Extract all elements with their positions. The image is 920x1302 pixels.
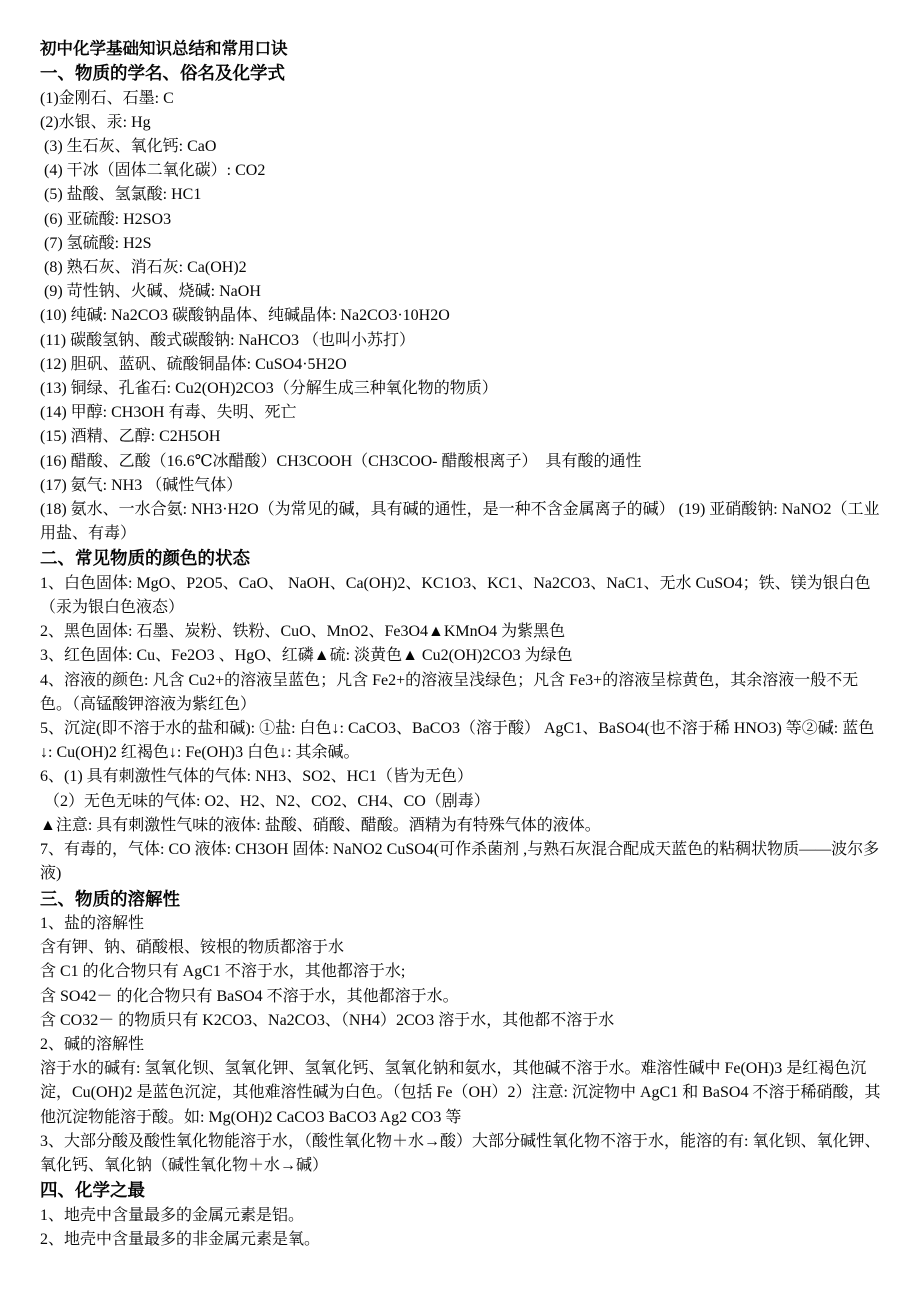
paragraph: 1、盐的溶解性 (40, 912, 886, 936)
paragraph: (18) 氨水、一水合氨: NH3·H2O（为常见的碱，具有碱的通性，是一种不含… (40, 498, 886, 546)
paragraph: 含 SO42－ 的化合物只有 BaSO4 不溶于水，其他都溶于水。 (40, 985, 886, 1009)
paragraph: ▲注意: 具有刺激性气味的液体: 盐酸、硝酸、醋酸。酒精为有特殊气体的液体。 (40, 814, 886, 838)
paragraph: (8) 熟石灰、消石灰: Ca(OH)2 (40, 256, 886, 280)
paragraph: 3、红色固体: Cu、Fe2O3 、HgO、红磷▲硫: 淡黄色▲ Cu2(OH)… (40, 644, 886, 668)
paragraph: (4) 干冰（固体二氧化碳）: CO2 (40, 159, 886, 183)
paragraph: 2、碱的溶解性 (40, 1033, 886, 1057)
document-page: 初中化学基础知识总结和常用口诀一、物质的学名、俗名及化学式(1)金刚石、石墨: … (0, 0, 920, 1302)
paragraph: 溶于水的碱有: 氢氧化钡、氢氧化钾、氢氧化钙、氢氧化钠和氨水，其他碱不溶于水。难… (40, 1057, 886, 1130)
paragraph: (13) 铜绿、孔雀石: Cu2(OH)2CO3（分解生成三种氧化物的物质） (40, 377, 886, 401)
paragraph: (1)金刚石、石墨: C (40, 87, 886, 111)
paragraph: (6) 亚硫酸: H2SO3 (40, 208, 886, 232)
paragraph: 2、黑色固体: 石墨、炭粉、铁粉、CuO、MnO2、Fe3O4▲KMnO4 为紫… (40, 620, 886, 644)
paragraph: (17) 氨气: NH3 （碱性气体） (40, 474, 886, 498)
paragraph: 2、地壳中含量最多的非金属元素是氧。 (40, 1228, 886, 1252)
paragraph: 1、白色固体: MgO、P2O5、CaO、 NaOH、Ca(OH)2、KC1O3… (40, 572, 886, 620)
paragraph: 含 C1 的化合物只有 AgC1 不溶于水，其他都溶于水; (40, 960, 886, 984)
doc-title: 初中化学基础知识总结和常用口诀 (40, 36, 886, 61)
paragraph: (7) 氢硫酸: H2S (40, 232, 886, 256)
section-heading: 二、常见物质的颜色的状态 (40, 546, 886, 572)
paragraph: (2)水银、汞: Hg (40, 111, 886, 135)
paragraph: (15) 酒精、乙醇: C2H5OH (40, 425, 886, 449)
paragraph: 3、大部分酸及酸性氧化物能溶于水，（酸性氧化物＋水→酸）大部分碱性氧化物不溶于水… (40, 1130, 886, 1178)
document-content: 初中化学基础知识总结和常用口诀一、物质的学名、俗名及化学式(1)金刚石、石墨: … (40, 36, 886, 1252)
paragraph: 含 CO32－ 的物质只有 K2CO3、Na2CO3、（NH4）2CO3 溶于水… (40, 1009, 886, 1033)
paragraph: 6、(1) 具有刺激性气体的气体: NH3、SO2、HC1（皆为无色） (40, 765, 886, 789)
section-heading: 四、化学之最 (40, 1178, 886, 1204)
paragraph: (16) 醋酸、乙酸（16.6℃冰醋酸）CH3COOH（CH3COO- 醋酸根离… (40, 450, 886, 474)
section-heading: 一、物质的学名、俗名及化学式 (40, 61, 886, 87)
paragraph: 5、沉淀(即不溶于水的盐和碱): ①盐: 白色↓: CaCO3、BaCO3（溶于… (40, 717, 886, 765)
paragraph: 7、有毒的，气体: CO 液体: CH3OH 固体: NaNO2 CuSO4(可… (40, 838, 886, 886)
paragraph: 含有钾、钠、硝酸根、铵根的物质都溶于水 (40, 936, 886, 960)
paragraph: 1、地壳中含量最多的金属元素是铝。 (40, 1204, 886, 1228)
paragraph: (5) 盐酸、氢氯酸: HC1 (40, 183, 886, 207)
paragraph: (10) 纯碱: Na2CO3 碳酸钠晶体、纯碱晶体: Na2CO3·10H2O (40, 304, 886, 328)
paragraph: （2）无色无味的气体: O2、H2、N2、CO2、CH4、CO（剧毒） (40, 790, 886, 814)
paragraph: (12) 胆矾、蓝矾、硫酸铜晶体: CuSO4·5H2O (40, 353, 886, 377)
section-heading: 三、物质的溶解性 (40, 887, 886, 913)
paragraph: (14) 甲醇: CH3OH 有毒、失明、死亡 (40, 401, 886, 425)
paragraph: 4、溶液的颜色: 凡含 Cu2+的溶液呈蓝色；凡含 Fe2+的溶液呈浅绿色；凡含… (40, 669, 886, 717)
paragraph: (11) 碳酸氢钠、酸式碳酸钠: NaHCO3 （也叫小苏打） (40, 329, 886, 353)
paragraph: (3) 生石灰、氧化钙: CaO (40, 135, 886, 159)
paragraph: (9) 苛性钠、火碱、烧碱: NaOH (40, 280, 886, 304)
